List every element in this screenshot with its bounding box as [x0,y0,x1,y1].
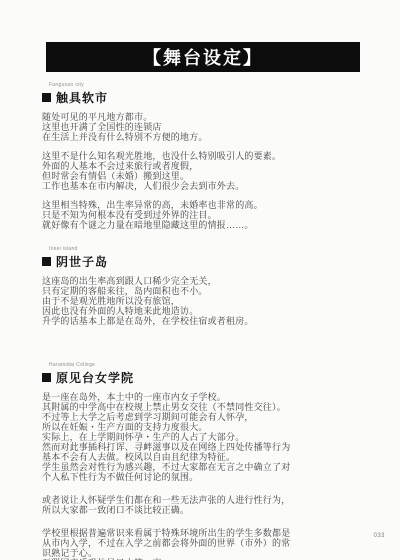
section-island-name: 阴世子岛 [56,253,108,270]
section-island-heading: 阴世子岛 [42,253,362,270]
page-title-text: 【舞台设定】 [143,44,263,70]
section-college-name: 原见台女学院 [56,369,134,386]
page-title: 【舞台设定】 [46,42,360,72]
paragraph: 这里相当特殊，出生率异常的高，未婚率也非常的高。 只是不知为何根本没有受到过外界… [42,200,362,230]
paragraph: 这里不是什么知名观光胜地，也没什么特别吸引人的要素。 外面的人基本不会过来旅行或… [42,151,362,191]
paragraph: 是一座在岛外，本土中的一座市内女子学校。 其附属的中学高中在校规上禁止男女交往（… [42,392,362,482]
square-bullet-icon [42,373,51,382]
section-island: Insei island 阴世子岛 这座岛的出生率高到跟人口稀少完全无关， 只有… [42,246,362,326]
square-bullet-icon [42,257,51,266]
section-college: Haramidai College 原见台女学院 是一座在岛外，本土中的一座市内… [42,362,362,560]
section-city: Fungusan city 触具软市 随处可见的平凡地方都市。 这里也开满了全国… [42,82,362,230]
paragraph: 随处可见的平凡地方都市。 这里也开满了全国性的连锁店 在生活上并没有什么特别不方… [42,112,362,142]
square-bullet-icon [42,93,51,102]
section-city-name: 触具软市 [56,89,108,106]
section-island-roman-label: Insei island [49,246,362,252]
section-city-roman-label: Fungusan city [49,82,362,88]
section-college-heading: 原见台女学院 [42,369,362,386]
paragraph: 学校里根据普遍常识来看属于特殊环境所出生的学生多数都是 从市内入学，不过在入学之… [42,528,362,560]
page-number: 033 [373,533,385,539]
paragraph: 这座岛的出生率高到跟人口稀少完全无关， 只有定期的客船来往，岛内面积也不小。 由… [42,276,362,326]
section-city-heading: 触具软市 [42,89,362,106]
section-college-roman-label: Haramidai College [49,362,362,368]
paragraph: 或者说让人怀疑学生们都在和一些无法声张的人进行性行为， 所以大家都一致闭口不谈比… [42,495,362,515]
